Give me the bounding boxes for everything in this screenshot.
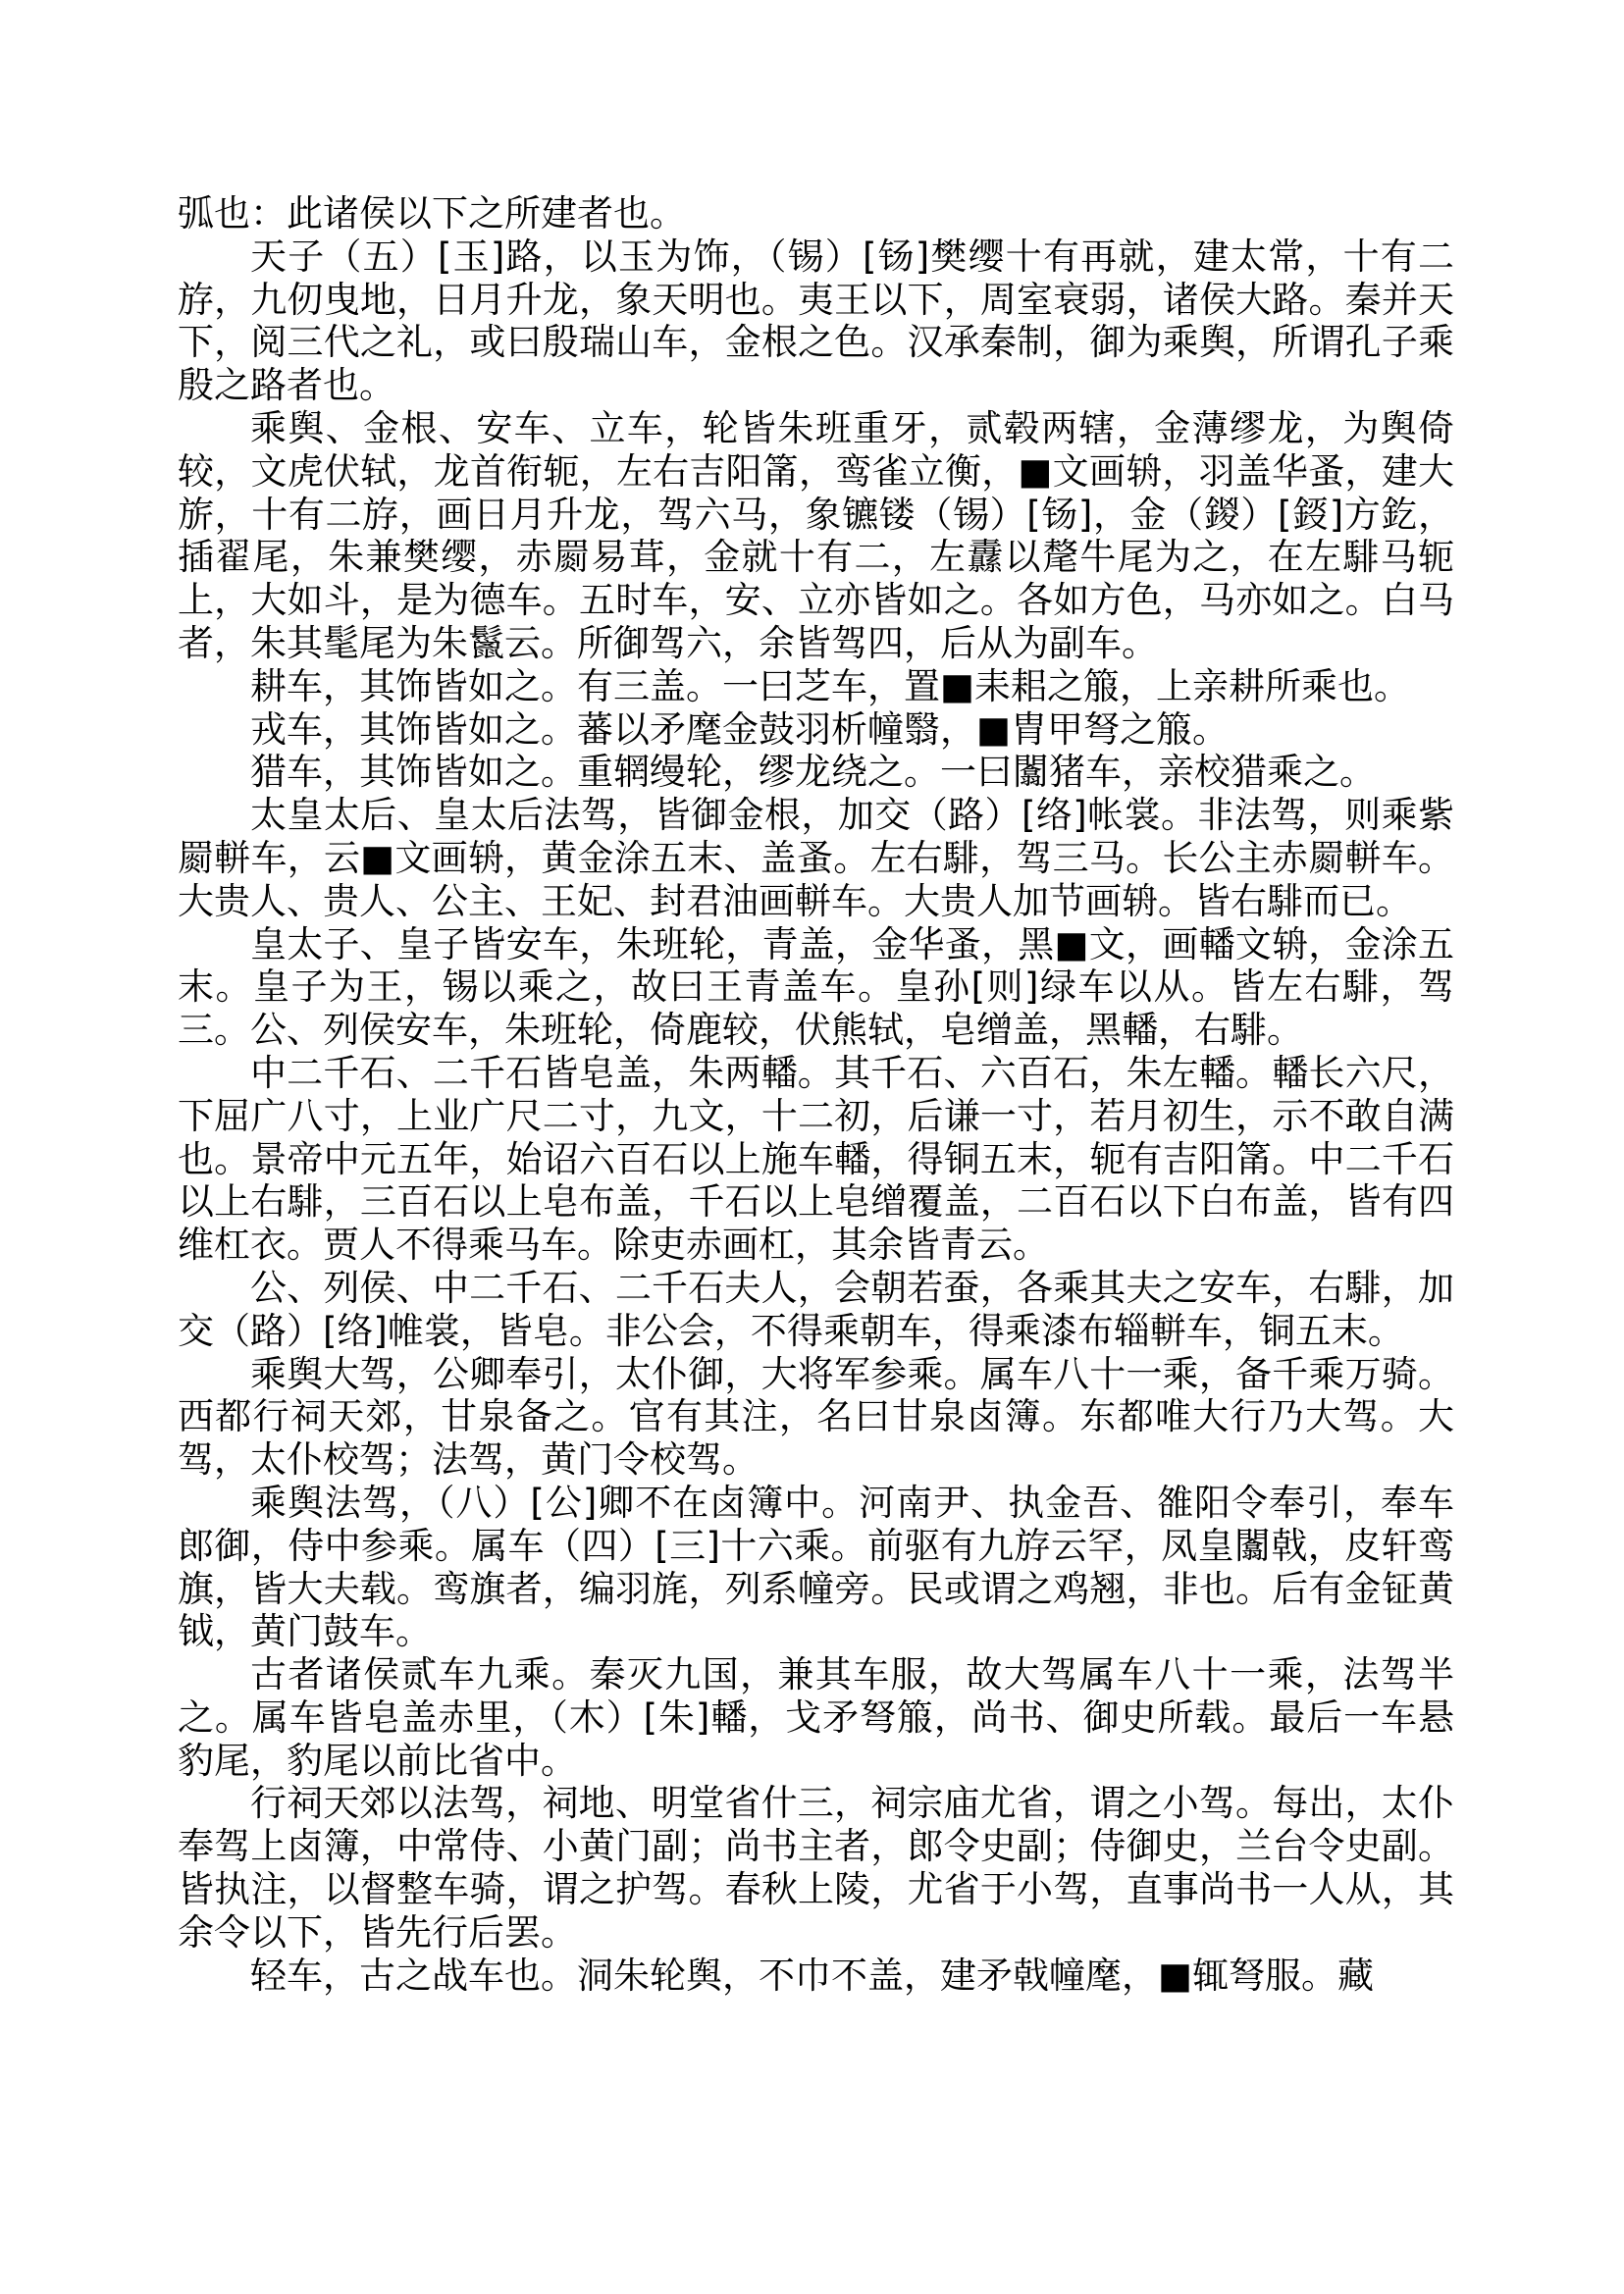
document-page: 弧也：此诸侯以下之所建者也。 天子（五）[玉]路，以玉为饰，（锡）[钖]樊缨十有… [0,0,1624,2294]
paragraph: 行祠天郊以法驾，祠地、明堂省什三，祠宗庙尤省，谓之小驾。每出，太仆奉驾上卤簿，中… [178,1782,1454,1954]
paragraph: 乘舆大驾，公卿奉引，太仆御，大将军参乘。属车八十一乘，备千乘万骑。西都行祠天郊，… [178,1353,1454,1482]
paragraph: 皇太子、皇子皆安车，朱班轮，青盖，金华蚤，黑■文，画轓文辀，金涂五末。皇子为王，… [178,923,1454,1052]
paragraph: 古者诸侯贰车九乘。秦灭九国，兼其车服，故大驾属车八十一乘，法驾半之。属车皆皂盖赤… [178,1653,1454,1782]
paragraph: 戎车，其饰皆如之。蕃以矛麾金鼓羽析幢翳，■胄甲弩之箙。 [178,708,1454,752]
paragraph: 中二千石、二千石皆皂盖，朱两轓。其千石、六百石，朱左轓。轓长六尺，下屈广八寸，上… [178,1052,1454,1267]
paragraph: 弧也：此诸侯以下之所建者也。 [178,192,1454,235]
paragraph: 耕车，其饰皆如之。有三盖。一曰芝车，置■耒耜之箙，上亲耕所乘也。 [178,665,1454,708]
paragraph: 公、列侯、中二千石、二千石夫人，会朝若蚕，各乘其夫之安车，右騑，加交（路）[络]… [178,1267,1454,1353]
paragraph: 猎车，其饰皆如之。重辋缦轮，缪龙绕之。一曰闟猪车，亲校猎乘之。 [178,751,1454,794]
paragraph: 太皇太后、皇太后法驾，皆御金根，加交（路）[络]帐裳。非法驾，则乘紫罽軿车，云■… [178,794,1454,922]
paragraph: 轻车，古之战车也。洞朱轮舆，不巾不盖，建矛戟幢麾，■辄弩服。藏 [178,1955,1454,1998]
paragraph: 乘舆、金根、安车、立车，轮皆朱班重牙，贰毂两辖，金薄缪龙，为舆倚较，文虎伏轼，龙… [178,407,1454,665]
text-block: 弧也：此诸侯以下之所建者也。 天子（五）[玉]路，以玉为饰，（锡）[钖]樊缨十有… [178,192,1454,1997]
paragraph: 天子（五）[玉]路，以玉为饰，（锡）[钖]樊缨十有再就，建太常，十有二斿，九仞曳… [178,235,1454,407]
paragraph: 乘舆法驾，（八）[公]卿不在卤簿中。河南尹、执金吾、雒阳令奉引，奉车郎御，侍中参… [178,1482,1454,1653]
